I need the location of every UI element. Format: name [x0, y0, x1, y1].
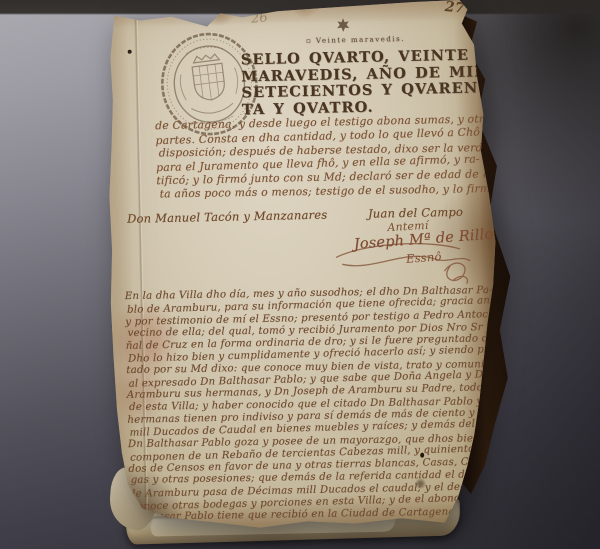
signature-rubric-flourish — [332, 236, 493, 291]
deposition-paragraph: En la dha Villa dho día, mes y año susod… — [125, 284, 486, 525]
testimony-paragraph: de Cartagena, y desde luego el testigo a… — [155, 113, 469, 202]
folio-number: 27 — [444, 0, 465, 17]
printed-cross-icon — [336, 17, 350, 33]
photo-scene: 26 27 ▫ Veinte maravedis. — [0, 0, 600, 549]
ink-speck — [420, 453, 424, 458]
signature-manuel-tacon: Don Manuel Tacón y Manzanares — [127, 208, 327, 226]
revalidation-stamp-text: ▫ Veinte maravedis. — [297, 35, 413, 45]
page-shadow-wrap: 26 27 ▫ Veinte maravedis. — [0, 0, 600, 549]
stamp-title: SELLO QVARTO, VEINTEMARAVEDIS, AÑO DE MI… — [241, 48, 466, 119]
binding-holes — [128, 50, 132, 54]
manuscript-page: 26 27 ▫ Veinte maravedis. — [101, 0, 504, 538]
signature-juan-del-campo: Juan del Campo — [368, 205, 463, 221]
